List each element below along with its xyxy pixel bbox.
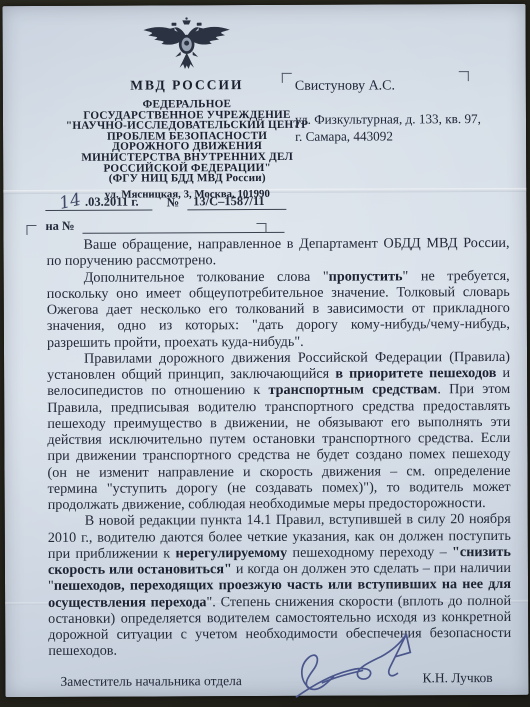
handwritten-day: 14 [57, 190, 82, 214]
outgoing-number: 13/С–1587/11 [187, 194, 287, 210]
scanned-letter-photo: МВД РОССИИ ФЕДЕРАЛЬНОЕГОСУДАРСТВЕННОЕ УЧ… [0, 0, 530, 707]
reference-block: 14 .03.2011 г. № 13/С–1587/11 на № [45, 192, 315, 234]
addressee-street: ул. Физкультурная, д. 133, кв. 97, [295, 110, 481, 128]
body-corner-mark-left [26, 225, 36, 235]
addressee-block: Свистунову А.С. ул. Физкультурная, д. 13… [295, 78, 481, 145]
signer-position-title: Заместитель начальника отдела [60, 673, 242, 690]
org-title: МВД РОССИИ [39, 77, 335, 94]
body-paragraphs: Ваше обращение, направленное в Департаме… [47, 235, 512, 660]
signer-name: К.Н. Лучков [422, 670, 492, 686]
letter-paper: МВД РОССИИ ФЕДЕРАЛЬНОЕГОСУДАРСТВЕННОЕ УЧ… [2, 4, 528, 697]
handwritten-signature [288, 630, 420, 705]
letterhead: МВД РОССИИ ФЕДЕРАЛЬНОЕГОСУДАРСТВЕННОЕ УЧ… [39, 15, 336, 201]
body-paragraph: В новой редакции пункта 14.1 Правил, вст… [48, 511, 512, 659]
reply-to-blank-line [83, 218, 285, 234]
reply-to-row: на № [45, 213, 315, 234]
addressee-address: ул. Физкультурная, д. 133, кв. 97, г. Са… [295, 110, 481, 145]
body-paragraph: Ваше обращение, направленное в Департаме… [47, 235, 510, 270]
addressee-city: г. Самара, 443092 [295, 127, 481, 145]
body-paragraph: Дополнительное толкование слова "пропуст… [47, 267, 510, 350]
mvd-double-headed-eagle-icon [139, 15, 235, 73]
reply-to-label: на № [45, 219, 74, 234]
addressee-name: Свистунову А.С. [295, 78, 481, 95]
org-name-line: (ФГУ НИЦ БДД МВД России) [39, 173, 335, 185]
number-sign: № [167, 195, 180, 210]
body-paragraph: Правилами дорожного движения Российской … [47, 349, 511, 514]
printed-date: .03.2011 г. [85, 194, 153, 209]
org-name-lines: ФЕДЕРАЛЬНОЕГОСУДАРСТВЕННОЕ УЧРЕЖДЕНИЕ"НА… [39, 99, 335, 185]
date-number-row: 14 .03.2011 г. № 13/С–1587/11 [45, 192, 315, 211]
date-field: 14 .03.2011 г. [45, 191, 152, 210]
